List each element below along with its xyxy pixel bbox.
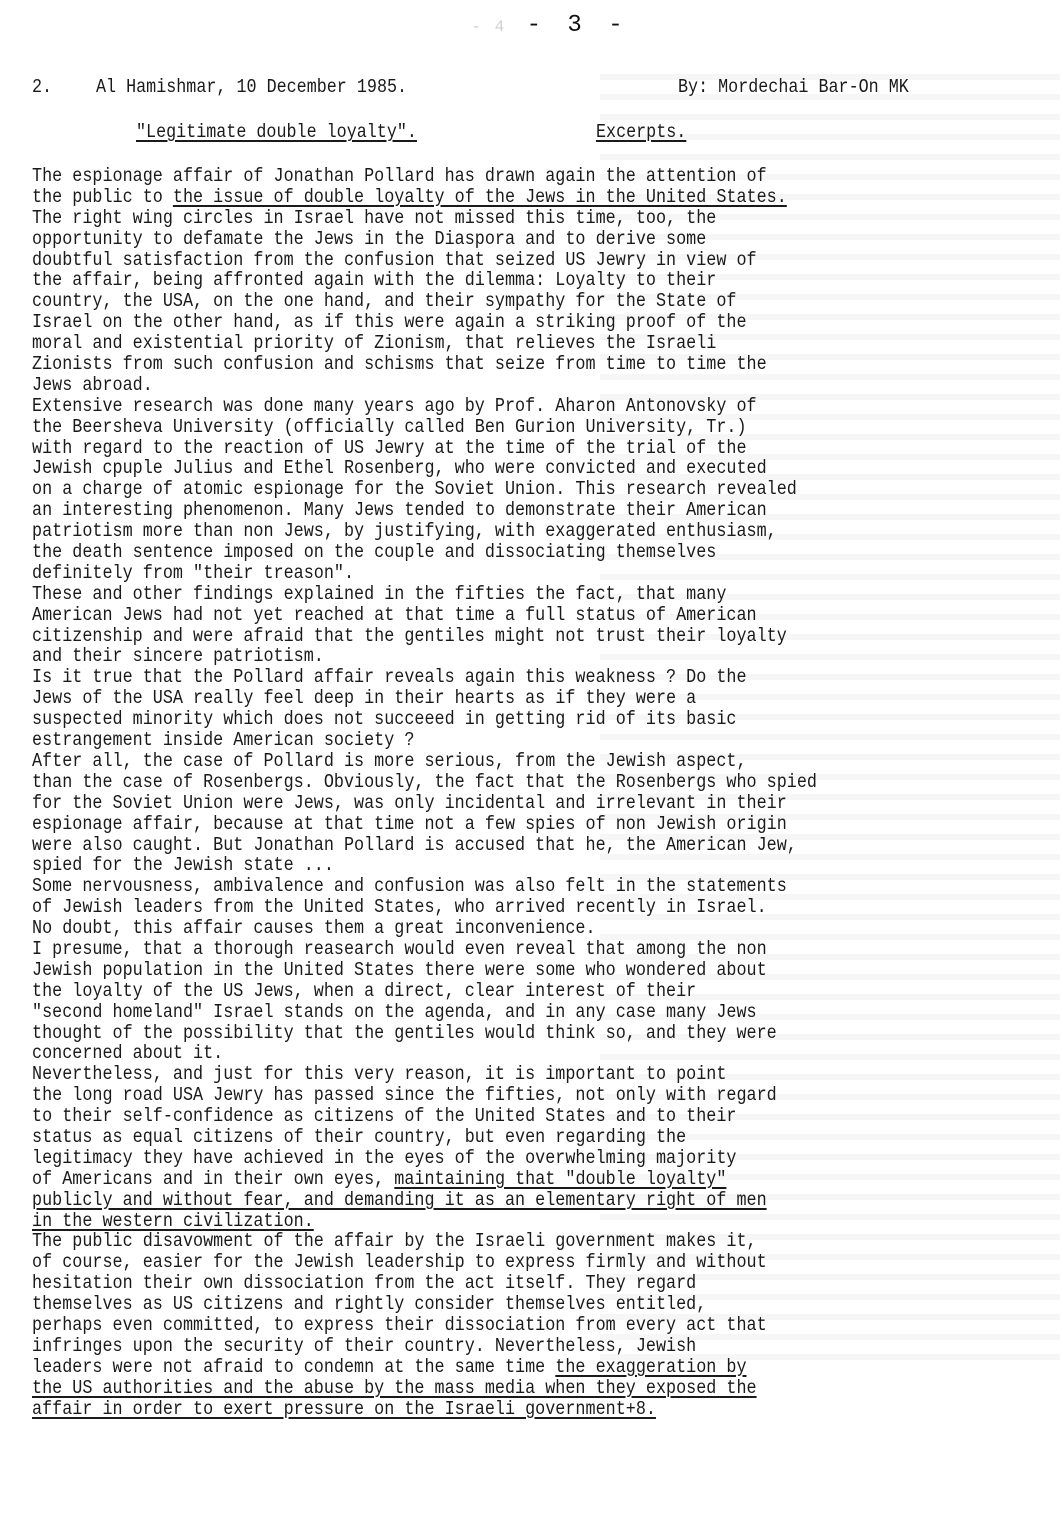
text-line: definitely from "their treason". (32, 563, 918, 584)
underlined-text: publicly and without fear, and demanding… (32, 1189, 767, 1211)
line-text: with regard to the reaction of US Jewry … (32, 437, 747, 459)
line-text: hesitation their own dissociation from t… (32, 1272, 696, 1294)
line-text: citizenship and were afraid that the gen… (32, 625, 787, 647)
line-text: Nevertheless, and just for this very rea… (32, 1063, 726, 1085)
line-text: spied for the Jewish state ... (32, 854, 334, 876)
underlined-text: the US authorities and the abuse by the … (32, 1377, 757, 1399)
text-line: the Beersheva University (officially cal… (32, 417, 918, 438)
item-number: 2. (32, 76, 52, 98)
text-line: "second homeland" Israel stands on the a… (32, 1002, 918, 1023)
text-line: spied for the Jewish state ... (32, 855, 918, 876)
line-text: Jews of the USA really feel deep in thei… (32, 687, 696, 709)
text-line: the long road USA Jewry has passed since… (32, 1085, 918, 1106)
line-text: of Jewish leaders from the United States… (32, 896, 767, 918)
text-line: than the case of Rosenbergs. Obviously, … (32, 772, 918, 793)
text-line: for the Soviet Union were Jews, was only… (32, 793, 918, 814)
page-number-main: - 3 - (527, 12, 629, 39)
line-text: status as equal citizens of their countr… (32, 1126, 686, 1148)
line-text: Zionists from such confusion and schisms… (32, 353, 767, 375)
text-line: Extensive research was done many years a… (32, 396, 918, 417)
text-line: the US authorities and the abuse by the … (32, 1378, 918, 1399)
underlined-text: in the western civilization. (32, 1210, 314, 1232)
line-text: No doubt, this affair causes them a grea… (32, 917, 596, 939)
text-line: opportunity to defamate the Jews in the … (32, 229, 918, 250)
text-line: Jews abroad. (32, 375, 918, 396)
line-text: The espionage affair of Jonathan Pollard… (32, 165, 767, 187)
text-line: Jewish population in the United States t… (32, 960, 918, 981)
line-text: the Beersheva University (officially cal… (32, 416, 747, 438)
text-line: The public disavowment of the affair by … (32, 1231, 918, 1252)
line-text: of Americans and in their own eyes, (32, 1168, 394, 1190)
line-text: suspected minority which does not succee… (32, 708, 736, 730)
text-line: the death sentence imposed on the couple… (32, 542, 918, 563)
line-text: American Jews had not yet reached at tha… (32, 604, 757, 626)
line-text: the public to (32, 186, 173, 208)
document-page: - 4 - 3 - 2. Al Hamishmar, 10 December 1… (0, 0, 1063, 1524)
line-text: were also caught. But Jonathan Pollard i… (32, 834, 797, 856)
line-text: the death sentence imposed on the couple… (32, 541, 716, 563)
article-title: "Legitimate double loyalty". (136, 121, 417, 143)
line-text: for the Soviet Union were Jews, was only… (32, 792, 787, 814)
text-line: After all, the case of Pollard is more s… (32, 751, 918, 772)
byline: By: Mordechai Bar-On MK (678, 76, 909, 98)
text-line: country, the USA, on the one hand, and t… (32, 291, 918, 312)
line-text: themselves as US citizens and rightly co… (32, 1293, 706, 1315)
text-line: concerned about it. (32, 1043, 918, 1064)
line-text: estrangement inside American society ? (32, 729, 414, 751)
excerpts-label: Excerpts. (596, 121, 686, 143)
line-text: leaders were not afraid to condemn at th… (32, 1356, 555, 1378)
line-text: the affair, being affronted again with t… (32, 269, 716, 291)
text-line: Jews of the USA really feel deep in thei… (32, 688, 918, 709)
line-text: The public disavowment of the affair by … (32, 1230, 757, 1252)
text-line: affair in order to exert pressure on the… (32, 1399, 918, 1420)
line-text: concerned about it. (32, 1042, 223, 1064)
text-line: infringes upon the security of their cou… (32, 1336, 918, 1357)
text-line: the loyalty of the US Jews, when a direc… (32, 981, 918, 1002)
text-line: suspected minority which does not succee… (32, 709, 918, 730)
underlined-text: affair in order to exert pressure on the… (32, 1398, 656, 1420)
text-line: of Jewish leaders from the United States… (32, 897, 918, 918)
text-line: thought of the possibility that the gent… (32, 1023, 918, 1044)
text-line: I presume, that a thorough reasearch wou… (32, 939, 918, 960)
line-text: thought of the possibility that the gent… (32, 1022, 777, 1044)
line-text: the loyalty of the US Jews, when a direc… (32, 980, 696, 1002)
page-number: - 4 - 3 - (450, 12, 650, 39)
text-line: These and other findings explained in th… (32, 584, 918, 605)
text-line: publicly and without fear, and demanding… (32, 1190, 918, 1211)
text-line: hesitation their own dissociation from t… (32, 1273, 918, 1294)
text-line: Nevertheless, and just for this very rea… (32, 1064, 918, 1085)
article-body: The espionage affair of Jonathan Pollard… (32, 166, 1062, 1419)
text-line: citizenship and were afraid that the gen… (32, 626, 918, 647)
text-line: patriotism more than non Jews, by justif… (32, 521, 918, 542)
line-text: and their sincere patriotism. (32, 645, 324, 667)
text-line: American Jews had not yet reached at tha… (32, 605, 918, 626)
line-text: of course, easier for the Jewish leaders… (32, 1251, 767, 1273)
line-text: patriotism more than non Jews, by justif… (32, 520, 777, 542)
text-line: status as equal citizens of their countr… (32, 1127, 918, 1148)
line-text: Israel on the other hand, as if this wer… (32, 311, 747, 333)
page-number-faint: - 4 (471, 18, 506, 36)
line-text: country, the USA, on the one hand, and t… (32, 290, 736, 312)
text-line: No doubt, this affair causes them a grea… (32, 918, 918, 939)
line-text: Jews abroad. (32, 374, 153, 396)
text-line: moral and existential priority of Zionis… (32, 333, 918, 354)
text-line: Jewish cpuple Julius and Ethel Rosenberg… (32, 458, 918, 479)
line-text: Extensive research was done many years a… (32, 395, 757, 417)
text-line: Israel on the other hand, as if this wer… (32, 312, 918, 333)
line-text: The right wing circles in Israel have no… (32, 207, 716, 229)
line-text: on a charge of atomic espionage for the … (32, 478, 797, 500)
line-text: "second homeland" Israel stands on the a… (32, 1001, 757, 1023)
line-text: These and other findings explained in th… (32, 583, 726, 605)
text-line: Some nervousness, ambivalence and confus… (32, 876, 918, 897)
line-text: doubtful satisfaction from the confusion… (32, 249, 757, 271)
text-line: The espionage affair of Jonathan Pollard… (32, 166, 918, 187)
line-text: infringes upon the security of their cou… (32, 1335, 696, 1357)
line-text: I presume, that a thorough reasearch wou… (32, 938, 767, 960)
line-text: to their self-confidence as citizens of … (32, 1105, 736, 1127)
line-text: opportunity to defamate the Jews in the … (32, 228, 706, 250)
line-text: an interesting phenomenon. Many Jews ten… (32, 499, 767, 521)
text-line: on a charge of atomic espionage for the … (32, 479, 918, 500)
line-text: Is it true that the Pollard affair revea… (32, 666, 747, 688)
text-line: espionage affair, because at that time n… (32, 814, 918, 835)
source-line: Al Hamishmar, 10 December 1985. (96, 76, 407, 98)
text-line: perhaps even committed, to express their… (32, 1315, 918, 1336)
text-line: doubtful satisfaction from the confusion… (32, 250, 918, 271)
line-text: Jewish population in the United States t… (32, 959, 767, 981)
text-line: an interesting phenomenon. Many Jews ten… (32, 500, 918, 521)
text-line: Zionists from such confusion and schisms… (32, 354, 918, 375)
line-text: espionage affair, because at that time n… (32, 813, 787, 835)
text-line: with regard to the reaction of US Jewry … (32, 438, 918, 459)
text-line: the public to the issue of double loyalt… (32, 187, 918, 208)
text-line: Is it true that the Pollard affair revea… (32, 667, 918, 688)
line-text: definitely from "their treason". (32, 562, 354, 584)
line-text: Jewish cpuple Julius and Ethel Rosenberg… (32, 457, 767, 479)
text-line: legitimacy they have achieved in the eye… (32, 1148, 918, 1169)
text-line: leaders were not afraid to condemn at th… (32, 1357, 918, 1378)
line-text: Some nervousness, ambivalence and confus… (32, 875, 787, 897)
text-line: themselves as US citizens and rightly co… (32, 1294, 918, 1315)
text-line: The right wing circles in Israel have no… (32, 208, 918, 229)
underlined-text: maintaining that "double loyalty" (394, 1168, 726, 1190)
line-text: perhaps even committed, to express their… (32, 1314, 767, 1336)
underlined-text: the exaggeration by (555, 1356, 746, 1378)
line-text: moral and existential priority of Zionis… (32, 332, 716, 354)
text-line: of course, easier for the Jewish leaders… (32, 1252, 918, 1273)
line-text: than the case of Rosenbergs. Obviously, … (32, 771, 817, 793)
text-line: of Americans and in their own eyes, main… (32, 1169, 918, 1190)
text-line: were also caught. But Jonathan Pollard i… (32, 835, 918, 856)
text-line: estrangement inside American society ? (32, 730, 918, 751)
text-line: and their sincere patriotism. (32, 646, 918, 667)
line-text: the long road USA Jewry has passed since… (32, 1084, 777, 1106)
line-text: legitimacy they have achieved in the eye… (32, 1147, 736, 1169)
text-line: to their self-confidence as citizens of … (32, 1106, 918, 1127)
underlined-text: the issue of double loyalty of the Jews … (173, 186, 787, 208)
text-line: in the western civilization. (32, 1211, 918, 1232)
text-line: the affair, being affronted again with t… (32, 270, 918, 291)
line-text: After all, the case of Pollard is more s… (32, 750, 747, 772)
